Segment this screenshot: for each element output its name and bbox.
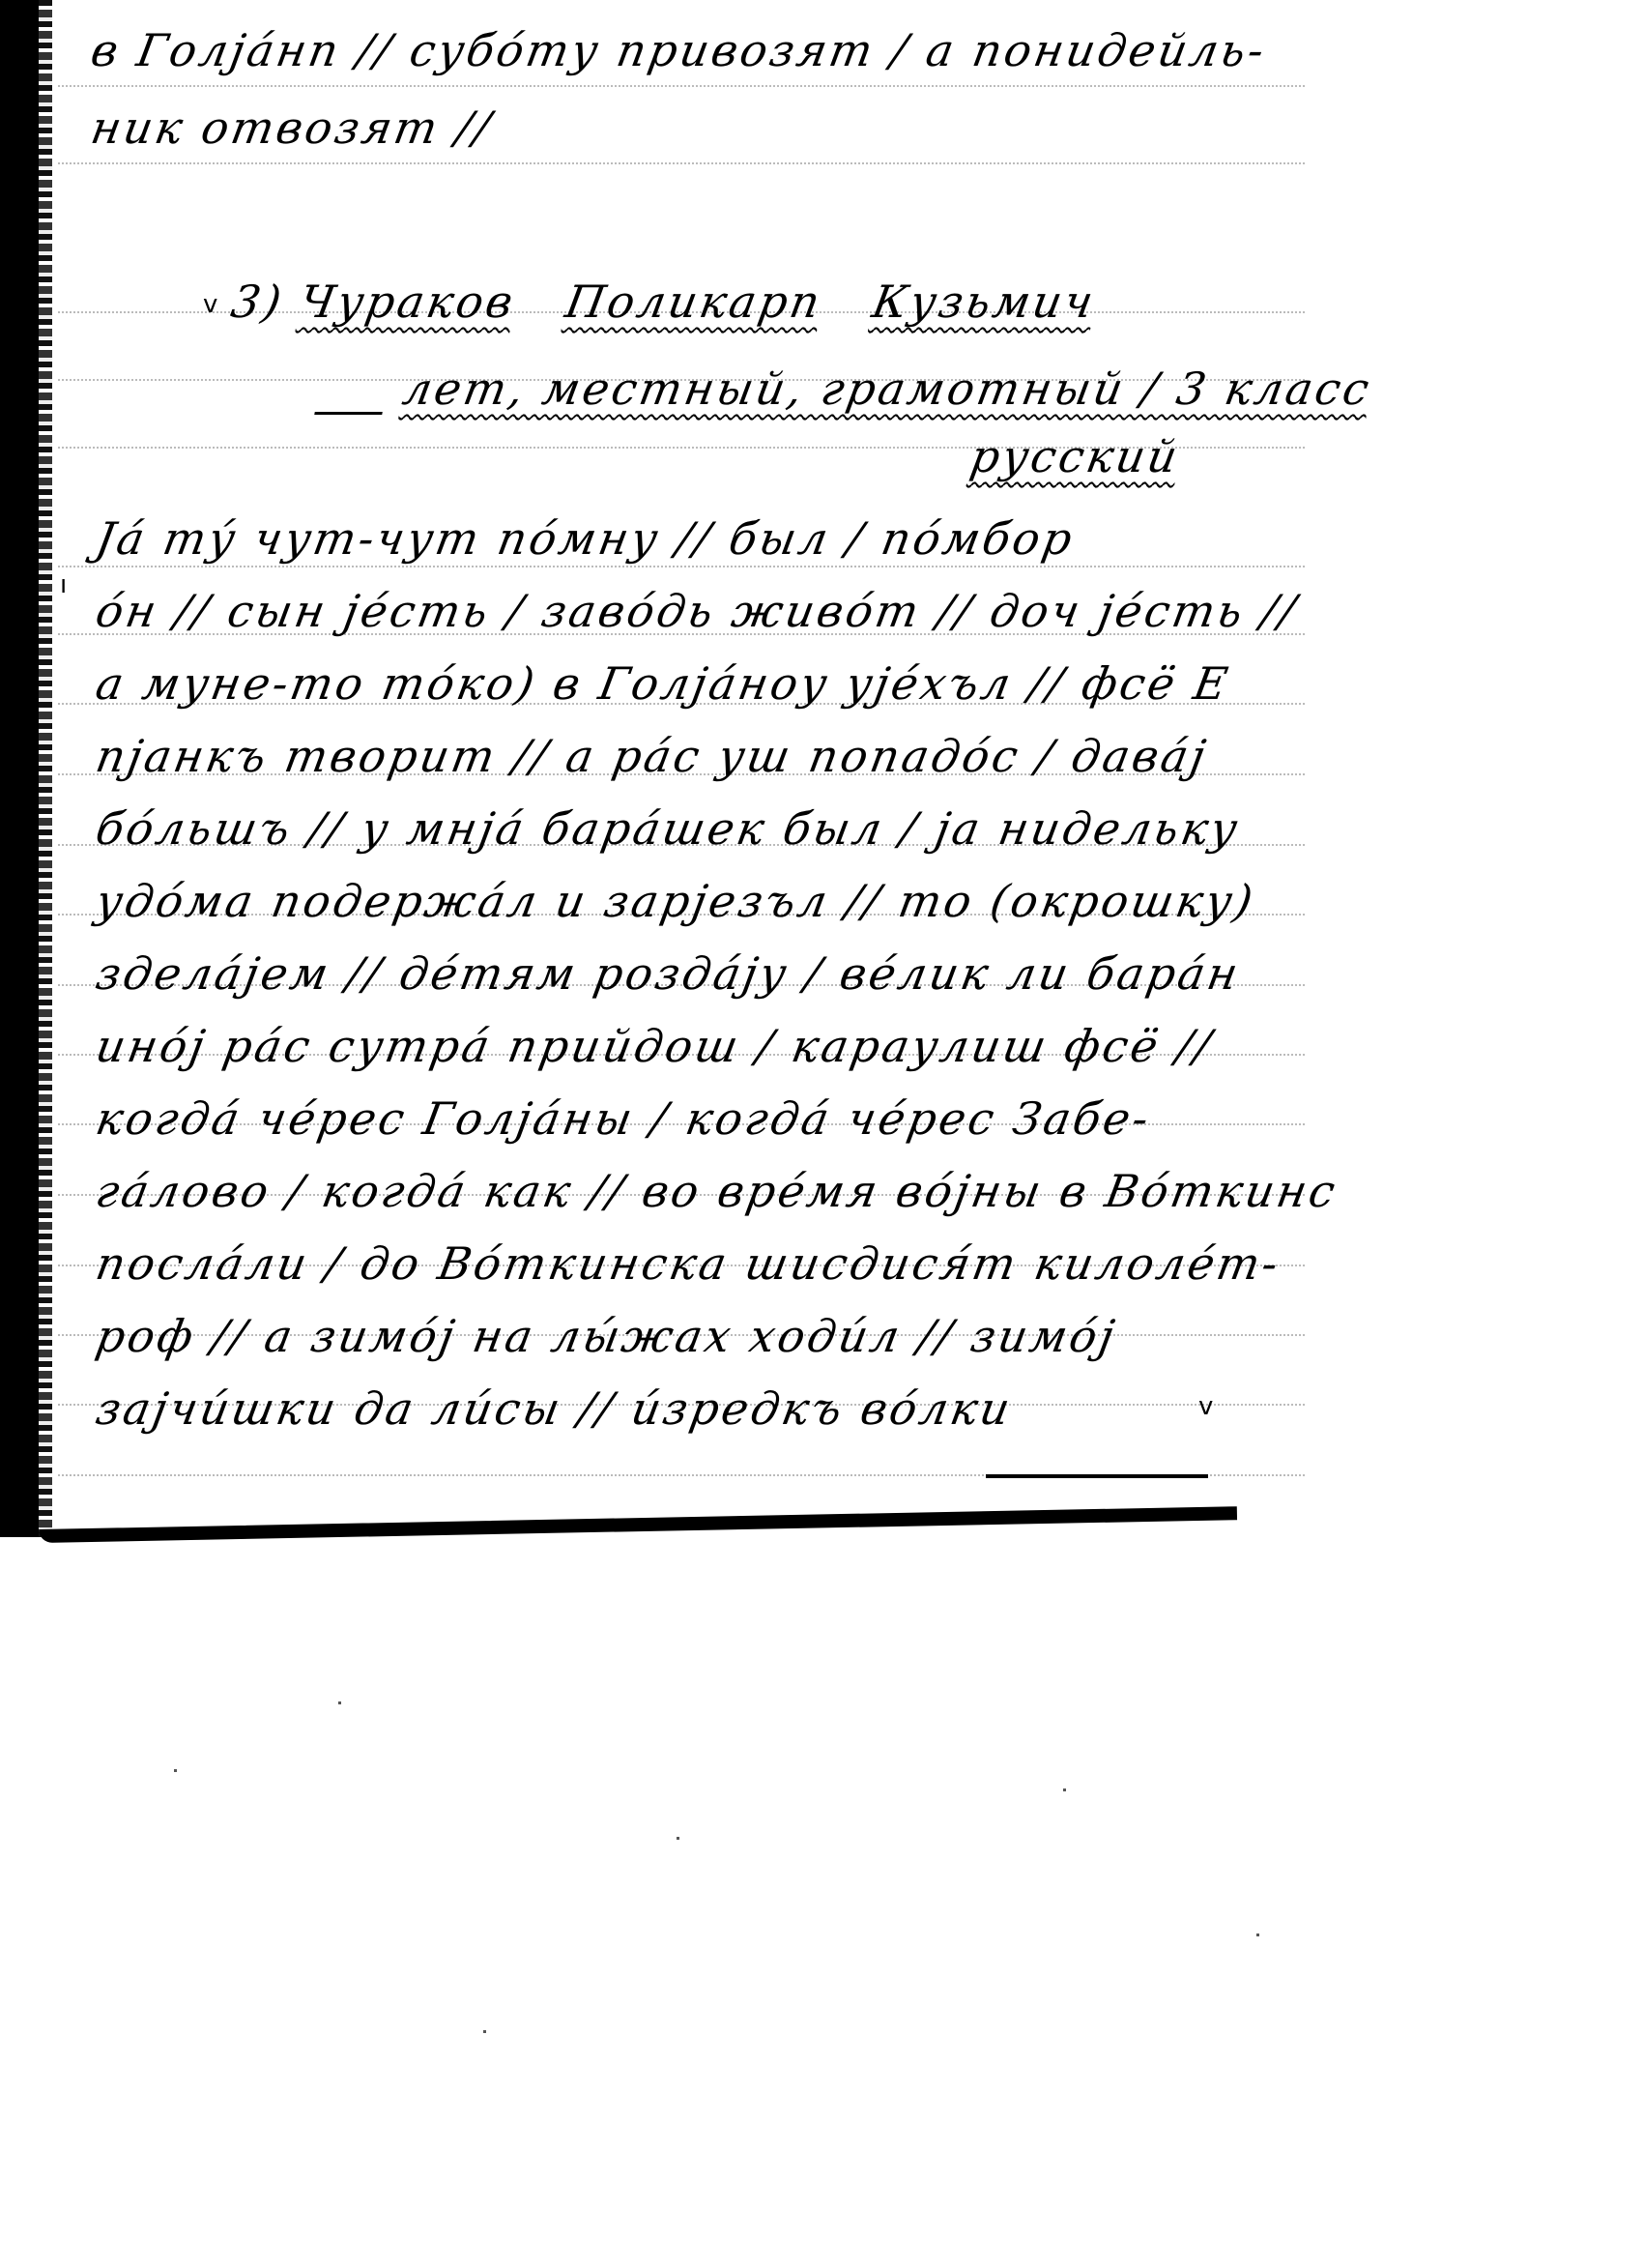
transcript-line-12: роф // а зимо́ј на лы́жах ходи́л // зимо… [92, 1310, 1121, 1362]
informant-first-name: Поликарп [562, 276, 826, 328]
continuation-line-2: ник отвозят // [87, 102, 497, 154]
scan-speck [1063, 1788, 1066, 1791]
continuation-line-1: в Голја́нп // субо́ту привозят / а понид… [87, 24, 1271, 76]
informant-heading: 3) Чураков Поликарп Кузьмич [227, 276, 1100, 328]
margin-tick-icon: ı [60, 570, 67, 599]
scan-speck [174, 1769, 177, 1772]
transcript-line-9: когда́ че́рес Голја́ны / когда́ че́рес З… [92, 1092, 1155, 1145]
informant-nationality: русский [966, 430, 1184, 482]
informant-patronymic: Кузьмич [869, 276, 1100, 328]
transcript-line-6: удо́ма подержа́л и зарјезъл // то (окрош… [92, 875, 1259, 927]
transcript-line-4: пјанкъ творит // а ра́с уш попадо́с / да… [92, 730, 1212, 782]
scan-dark-edge [0, 0, 39, 1537]
check-mark-icon: v [203, 290, 217, 319]
scan-speck [677, 1837, 679, 1840]
ruled-line [58, 85, 1305, 87]
transcript-line-2: о́н // сын је́сть / заво́дь живо́т // до… [92, 585, 1302, 637]
transcript-line-10: га́лово / когда́ как // во вре́мя во́јны… [92, 1165, 1341, 1217]
ruled-line [58, 162, 1305, 164]
ruled-line [58, 566, 1305, 567]
check-mark-icon: v [1198, 1392, 1213, 1421]
informant-details: лет, местный, грамотный / 3 класс [314, 363, 1375, 415]
transcript-line-13: зајчи́шки да ли́сы // и́зредкъ во́лки [92, 1382, 1017, 1435]
transcript-line-3: а муне-то то́ко) в Голја́ноу ује́хъл // … [92, 657, 1234, 710]
scan-speck [1256, 1934, 1259, 1936]
informant-surname: Чураков [296, 276, 520, 328]
transcript-line-8: ино́ј ра́с сутра́ прийдош / караулиш фсё… [92, 1020, 1218, 1072]
transcript-line-5: бо́льшъ // у мнја́ бара́шек был / ја нид… [92, 802, 1244, 855]
informant-number: 3) [227, 276, 288, 328]
age-blank [314, 412, 383, 415]
scan-speck [483, 2030, 486, 2033]
transcript-line-1: Ја́ ту́ чут-чут по́мну // был / по́мбор [92, 512, 1079, 565]
transcript-line-7: здела́јем // де́тям розда́ју / ве́лик ли… [92, 947, 1244, 1000]
page-binding-edge [39, 0, 52, 1537]
underline-mark [986, 1474, 1208, 1478]
transcript-line-11: посла́ли / до Во́ткинска шисдися́т килол… [92, 1237, 1284, 1290]
page-bottom-edge [39, 1506, 1237, 1543]
informant-details-text: лет, местный, грамотный / 3 класс [399, 363, 1376, 415]
scan-speck [338, 1701, 341, 1704]
